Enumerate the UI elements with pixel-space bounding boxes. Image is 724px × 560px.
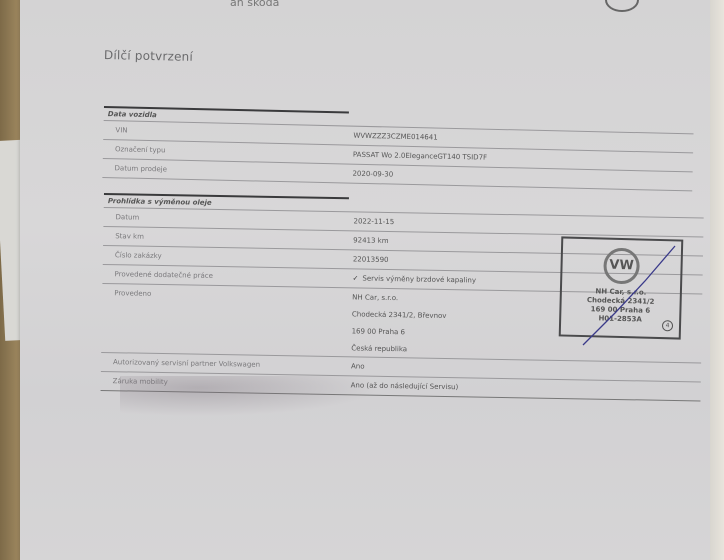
row-value: PASSAT Wo 2.0EleganceGT140 TSID7F: [353, 151, 487, 162]
row-label: Datum prodeje: [114, 164, 167, 173]
row-label: Provedené dodatečné práce: [115, 270, 213, 280]
document-page: an skoda W Dílčí potvrzení Data vozidla …: [20, 0, 714, 560]
vw-logo-icon: W: [605, 0, 639, 12]
row-label: Datum: [116, 213, 140, 221]
table-surface-right: [710, 0, 724, 560]
page-title: Dílčí potvrzení: [104, 48, 193, 64]
row-label: Záruka mobility: [113, 377, 168, 386]
address-line: Chodecká 2341/2, Břevnov: [352, 310, 447, 329]
address-line: NH Car, s.r.o.: [352, 293, 447, 312]
row-label: Autorizovaný servisní partner Volkswagen: [113, 358, 260, 369]
signature: [575, 241, 685, 346]
address-line: 169 00 Praha 6: [351, 327, 446, 346]
row-value: Ano (až do následující Servisu): [351, 381, 459, 391]
address-block: NH Car, s.r.o. Chodecká 2341/2, Břevnov …: [351, 293, 447, 363]
row-label: Stav km: [115, 232, 144, 240]
row-label: Provedeno: [114, 289, 151, 298]
row-value: ✓Servis výměny brzdové kapaliny: [352, 274, 476, 284]
vehicle-data-section: Data vozidla VIN WVWZZZ3CZME014641 Označ…: [102, 106, 694, 192]
checkmark-icon: ✓: [352, 274, 358, 282]
row-label: Označení typu: [115, 145, 166, 154]
row-value: 2020-09-30: [352, 170, 393, 179]
row-value-text: Servis výměny brzdové kapaliny: [362, 275, 476, 285]
row-value: WVWZZZ3CZME014641: [353, 132, 438, 142]
header-text: an skoda: [230, 0, 279, 9]
row-label: VIN: [115, 126, 127, 134]
row-value: 2022-11-15: [353, 217, 394, 226]
row-value: 92413 km: [353, 236, 389, 245]
row-label: Číslo zakázky: [115, 251, 162, 260]
row-value: 22013590: [353, 255, 389, 264]
row-value: Ano: [351, 362, 365, 370]
